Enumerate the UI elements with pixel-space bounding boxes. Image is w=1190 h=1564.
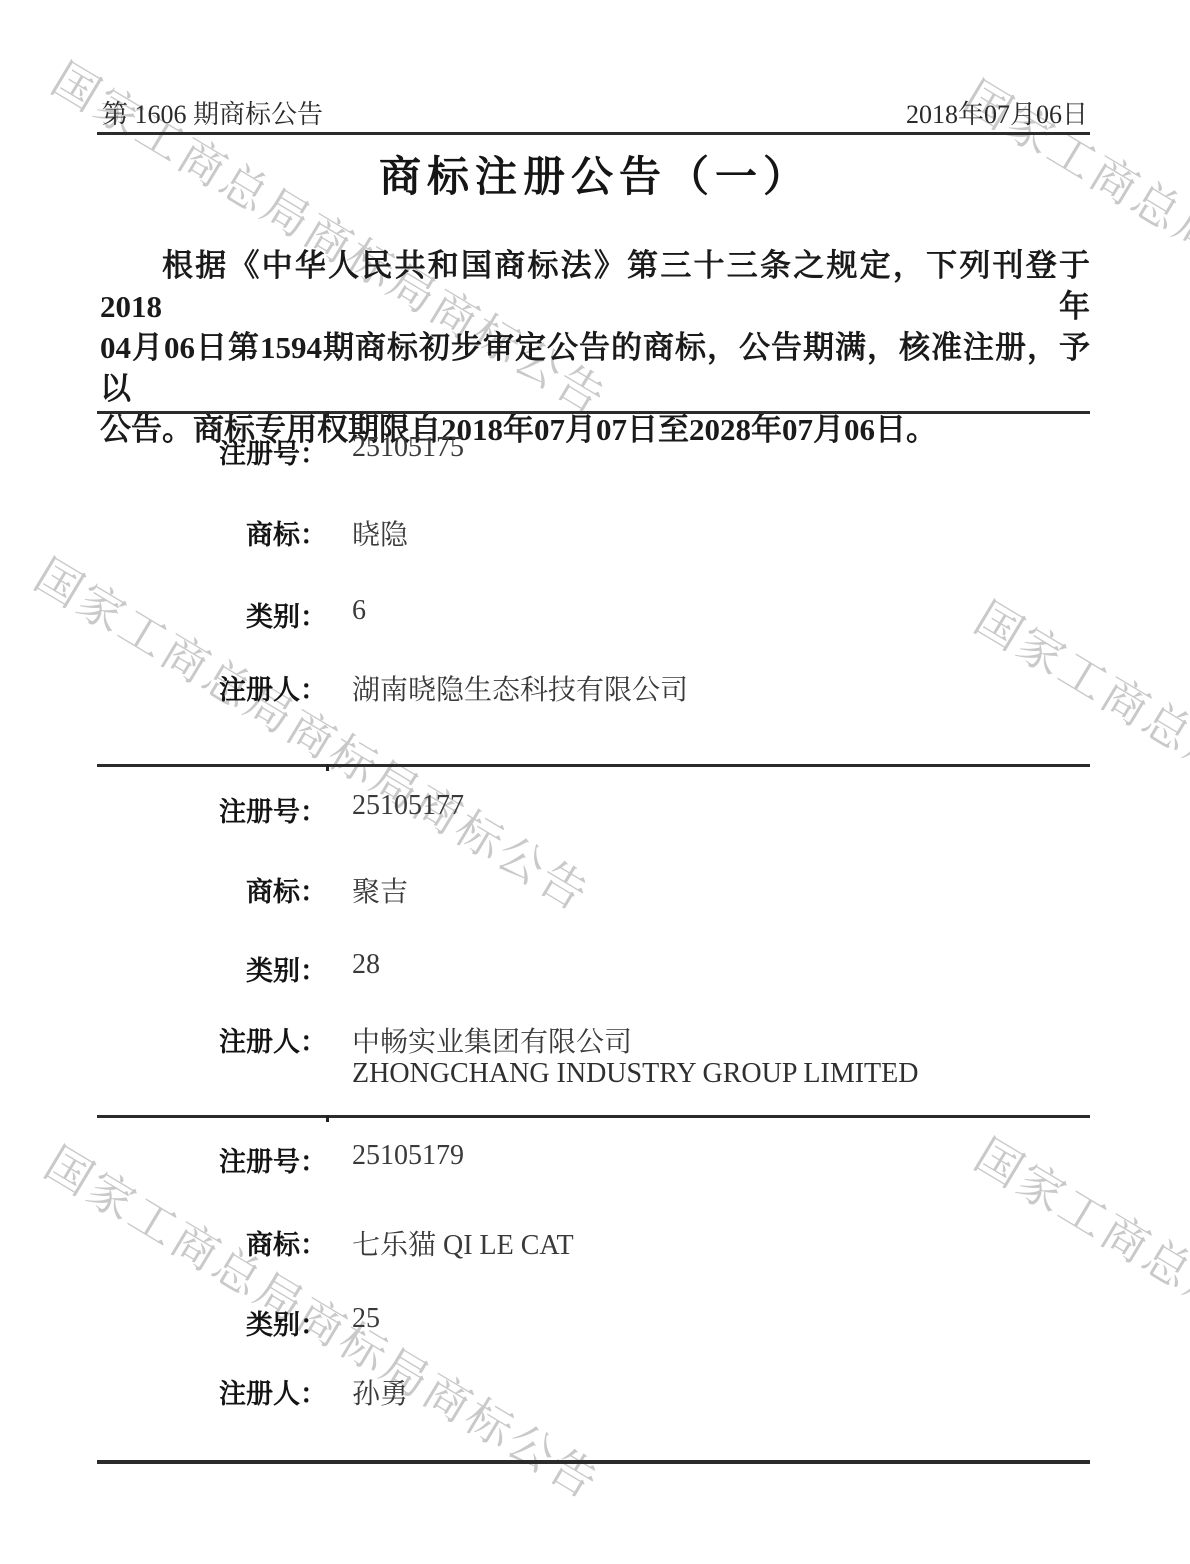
field-label-trademark: 商标：: [100, 513, 327, 552]
entry-row-category: 类别： 28: [100, 949, 1090, 989]
field-value-registrant: 湖南晓隐生态科技有限公司: [352, 668, 688, 708]
header-issue-number: 第 1606 期商标公告: [102, 94, 323, 131]
field-label-registrant: 注册人：: [100, 668, 327, 707]
field-label-reg-no: 注册号：: [100, 1140, 327, 1179]
entry-row-registrant-en: [100, 706, 1090, 746]
page-title: 商标注册公告（一）: [0, 144, 1190, 204]
rule-tick: [326, 764, 329, 771]
entry-row-trademark: 商标： 聚吉: [100, 870, 1090, 910]
entry-row-registrant: 注册人： 孙勇: [100, 1372, 1090, 1412]
entry-row-trademark: 商标： 七乐猫 QI LE CAT: [100, 1223, 1090, 1263]
intro-line: 04月06日第1594期商标初步审定公告的商标，公告期满，核准注册，予以: [100, 327, 1090, 409]
field-value-reg-no: 25105175: [352, 432, 464, 464]
field-value-trademark: 聚吉: [352, 870, 408, 910]
entry-row-reg-no: 注册号： 25105175: [100, 432, 1090, 472]
field-label-category: 类别：: [100, 949, 327, 988]
field-value-category: 25: [352, 1303, 380, 1335]
field-label-category: 类别：: [100, 1303, 327, 1342]
entry-row-registrant: 注册人： 湖南晓隐生态科技有限公司: [100, 668, 1090, 708]
entry-row-reg-no: 注册号： 25105177: [100, 790, 1090, 830]
field-label-trademark: 商标：: [100, 870, 327, 909]
header-rule: [97, 132, 1090, 135]
field-value-registrant: 孙勇: [352, 1372, 408, 1412]
field-value-trademark: 晓隐: [352, 513, 408, 553]
field-label-registrant: 注册人：: [100, 1372, 327, 1411]
field-label-trademark: 商标：: [100, 1223, 327, 1262]
field-value-registrant: 中畅实业集团有限公司: [352, 1020, 632, 1060]
field-value-category: 28: [352, 949, 380, 981]
rule-tick: [326, 1115, 329, 1122]
field-value-category: 6: [352, 595, 366, 627]
header-date: 2018年07月06日: [906, 94, 1088, 131]
rule-tick: [326, 411, 329, 418]
intro-paragraph: 根据《中华人民共和国商标法》第三十三条之规定，下列刊登于2018年 04月06日…: [100, 245, 1090, 450]
entry-row-reg-no: 注册号： 25105179: [100, 1140, 1090, 1180]
entry-row-registrant: 注册人： 中畅实业集团有限公司: [100, 1020, 1090, 1060]
field-value-reg-no: 25105179: [352, 1140, 464, 1172]
field-label-registrant: 注册人：: [100, 1020, 327, 1059]
field-label-reg-no: 注册号：: [100, 432, 327, 471]
section-rule: [97, 764, 1090, 767]
field-value-registrant-en: ZHONGCHANG INDUSTRY GROUP LIMITED: [352, 1058, 918, 1090]
section-rule: [97, 411, 1090, 414]
page: { "header": { "issue": "第 1606 期商标公告", "…: [0, 0, 1190, 1564]
document-content: 第 1606 期商标公告 2018年07月06日 商标注册公告（一） 根据《中华…: [0, 0, 1190, 1564]
entry-row-registrant-en: ZHONGCHANG INDUSTRY GROUP LIMITED: [100, 1058, 1090, 1098]
section-rule: [97, 1115, 1090, 1118]
page-header: 第 1606 期商标公告 2018年07月06日: [100, 94, 1090, 128]
field-label-category: 类别：: [100, 595, 327, 634]
entry-row-registrant-en: [100, 1410, 1090, 1450]
field-label-reg-no: 注册号：: [100, 790, 327, 829]
entry-row-trademark: 商标： 晓隐: [100, 513, 1090, 553]
field-value-reg-no: 25105177: [352, 790, 464, 822]
closing-rule: [97, 1460, 1090, 1464]
entry-row-category: 类别： 6: [100, 595, 1090, 635]
field-value-trademark: 七乐猫 QI LE CAT: [352, 1223, 574, 1263]
entry-row-category: 类别： 25: [100, 1303, 1090, 1343]
intro-line: 根据《中华人民共和国商标法》第三十三条之规定，下列刊登于2018年: [100, 245, 1090, 327]
